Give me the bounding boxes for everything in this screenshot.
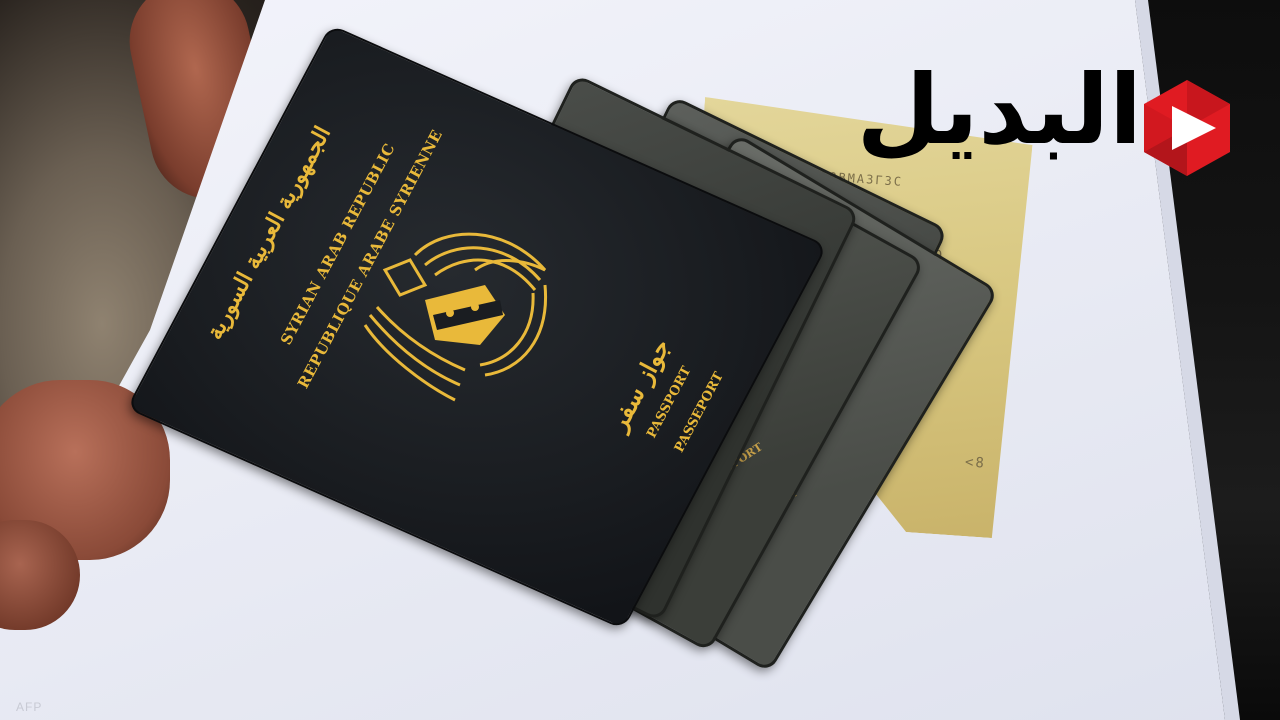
play-hexagon-icon <box>1144 80 1230 176</box>
eagle-emblem-icon <box>355 215 565 410</box>
photo-credit: AFP <box>16 700 42 714</box>
site-logo[interactable]: البديل <box>905 72 1230 192</box>
document-note: <8 <box>964 454 986 471</box>
logo-wordmark: البديل <box>857 62 1142 158</box>
